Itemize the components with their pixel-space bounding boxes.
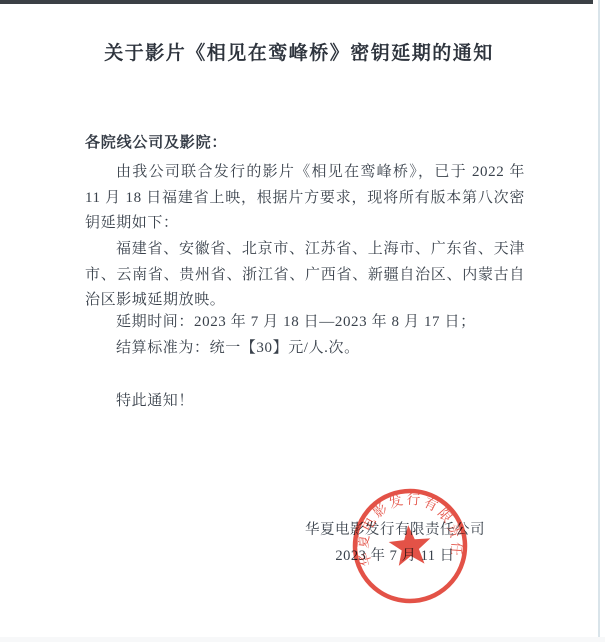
- signature-block: 华夏电影发行有限责任公司 2023 年 7 月 11 日: [305, 518, 485, 569]
- scan-right-edge-line: [598, 0, 600, 642]
- signature-company-name: 华夏电影发行有限责任公司: [305, 518, 485, 544]
- scan-bottom-edge: [0, 637, 605, 642]
- signature-date: 2023 年 7 月 11 日: [305, 544, 485, 570]
- paragraph-settlement-standard: 结算标准为：统一【30】元/人.次。: [85, 336, 525, 362]
- scanned-notice-page: { "document": { "title": "关于影片《相见在鸾峰桥》密钥…: [0, 0, 605, 642]
- paragraph-extension-period: 延期时间：2023 年 7 月 18 日—2023 年 8 月 17 日；: [85, 310, 525, 336]
- paragraph-hereby-notice: 特此通知！: [85, 389, 525, 415]
- salutation-line: 各院线公司及影院：: [85, 131, 525, 152]
- paragraph-release-info: 由我公司联合发行的影片《相见在鸾峰桥》，已于 2022 年 11 月 18 日福…: [85, 160, 525, 237]
- notice-title: 关于影片《相见在鸾峰桥》密钥延期的通知: [0, 42, 598, 65]
- paragraph-region-list: 福建省、安徽省、北京市、江苏省、上海市、广东省、天津市、云南省、贵州省、浙江省、…: [85, 237, 525, 314]
- scan-top-edge-bar: [0, 0, 593, 4]
